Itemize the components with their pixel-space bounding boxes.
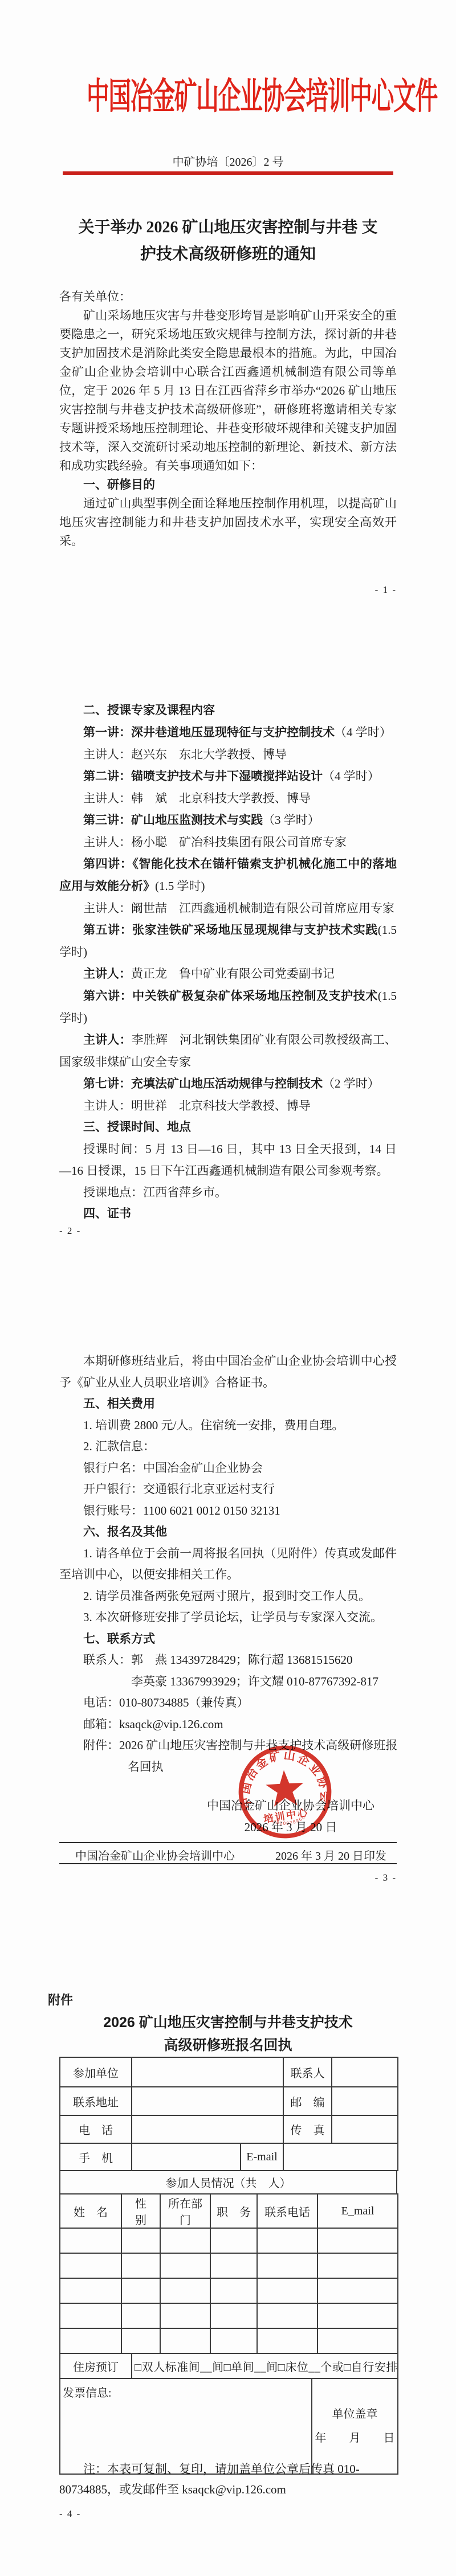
bank-account: 银行账号：1100 6021 0012 0150 32131 bbox=[59, 1500, 397, 1522]
seal-star-icon bbox=[265, 1769, 304, 1807]
attachment-title: 2026 矿山地压灾害控制与井巷支护技术 高级研修班报名回执 bbox=[0, 2011, 456, 2057]
bank-name: 银行户名：中国冶金矿山企业协会 bbox=[59, 1458, 397, 1479]
table-row: 联系地址 邮 编 bbox=[60, 2087, 398, 2115]
footer-print-date: 2026 年 3 月 20 日印发 bbox=[275, 1847, 397, 1863]
signup-item-1: 1. 请各单位于会前一周将报名回执（见附件）传真或发邮件至培训中心，以便安排相关… bbox=[59, 1543, 397, 1586]
personnel-section-header: 参加人员情况（共 人） bbox=[60, 2171, 397, 2194]
stamp-label: 单位盖章 bbox=[315, 2402, 395, 2426]
field-value-zip bbox=[332, 2087, 398, 2115]
lecture-speaker: 主讲人：杨小聪 矿冶科技集团有限公司首席专家 bbox=[59, 831, 397, 853]
col-header-department: 所在部门 bbox=[160, 2194, 210, 2228]
lecture-title: 第五讲：张家洼铁矿采场地压显现规律与支护技术实践(1.5 学时) bbox=[59, 919, 397, 963]
letterhead-title: 中国冶金矿山企业协会培训中心文件 bbox=[87, 67, 369, 120]
lecture-title: 第三讲：矿山地压监测技术与实践（3 学时） bbox=[59, 809, 397, 831]
page1-body: 各有关单位： 矿山采场地压灾害与井巷变形垮冒是影响矿山开采安全的重要隐患之一，研… bbox=[59, 288, 397, 551]
remit-item: 2. 汇款信息： bbox=[59, 1436, 397, 1458]
table-row: 电 话 传 真 bbox=[60, 2115, 398, 2143]
section1-body: 通过矿山典型事例全面诠释地压控制作用机理，以提高矿山地压灾害控制能力和井巷支护加… bbox=[59, 494, 397, 551]
lecture-num: 第五讲： bbox=[83, 924, 132, 937]
contact-line-1: 联系人：郭 燕 13439728429；陈行超 13681515620 bbox=[59, 1650, 397, 1671]
form-personnel-header: 参加人员情况（共 人） bbox=[59, 2170, 397, 2194]
lecture-speaker: 主讲人：黄正龙 鲁中矿业有限公司党委副书记 bbox=[59, 963, 397, 985]
lecture-num: 第六讲： bbox=[83, 990, 132, 1003]
lecture-title: 第二讲：锚喷支护技术与井下湿喷搅拌站设计（4 学时） bbox=[59, 765, 397, 787]
table-row: 住房预订 □双人标准间__间□单间__间□床位__个或□自行安排 bbox=[60, 2353, 398, 2378]
field-label-address: 联系地址 bbox=[60, 2087, 132, 2115]
stamp-date: 年 月 日 bbox=[315, 2426, 395, 2450]
table-row bbox=[60, 2278, 398, 2303]
section5-heading: 五、相关费用 bbox=[59, 1393, 397, 1415]
table-row bbox=[60, 2303, 398, 2328]
page-number-3: - 3 - bbox=[59, 1872, 397, 1884]
fee-item: 1. 培训费 2800 元/人。住宿统一安排，费用自理。 bbox=[59, 1415, 397, 1437]
field-label-phone: 电 话 bbox=[60, 2115, 132, 2143]
section6-heading: 六、报名及其他 bbox=[59, 1521, 397, 1543]
field-value-phone bbox=[132, 2115, 283, 2143]
form-contact-table: 参加单位 联系人 联系地址 邮 编 电 话 传 真 bbox=[59, 2057, 398, 2144]
field-label-fax: 传 真 bbox=[283, 2115, 332, 2143]
col-header-position: 职 务 bbox=[210, 2194, 257, 2228]
lecture-speaker: 主讲人：赵兴东 东北大学教授、博导 bbox=[59, 744, 397, 765]
lecture-num: 第四讲： bbox=[83, 858, 132, 871]
document-number: 中矿协培〔2026〕2 号 bbox=[0, 153, 456, 169]
form-mobile-table: 手 机 E-mail bbox=[59, 2143, 398, 2171]
table-row bbox=[60, 2328, 398, 2353]
footer-rule-bottom bbox=[59, 1863, 397, 1864]
field-label-unit: 参加单位 bbox=[60, 2057, 132, 2087]
phone-line: 电话：010-80734885（兼传真） bbox=[59, 1692, 397, 1714]
lecture-num: 第三讲： bbox=[83, 814, 131, 827]
page-number-4: - 4 - bbox=[59, 2508, 397, 2520]
section3-place: 授课地点：江西省萍乡市。 bbox=[59, 1182, 397, 1203]
seal-graphic: 中国冶金矿山企业协会 培训中心 110510028960 bbox=[233, 1740, 337, 1844]
contact-line-2: 李英豪 13367993929；许文耀 010-87767392-817 bbox=[59, 1671, 397, 1693]
field-value-email bbox=[283, 2143, 398, 2171]
section3-heading: 三、授课时间、地点 bbox=[59, 1117, 397, 1138]
col-header-name: 姓 名 bbox=[60, 2194, 121, 2228]
field-label-email: E-mail bbox=[241, 2143, 283, 2171]
page2-body: 二、授课专家及课程内容 第一讲：深井巷道地压显现特征与支护控制技术（4 学时） … bbox=[59, 700, 397, 1225]
lecture-speaker: 主讲人：明世祥 北京科技大学教授、博导 bbox=[59, 1095, 397, 1117]
form-personnel-table: 姓 名 性 别 所在部门 职 务 联系电话 E_mail bbox=[59, 2193, 398, 2354]
section4-body: 本期研修班结业后，将由中国冶金矿山企业协会培训中心授予《矿业从业人员职业培训》合… bbox=[59, 1351, 397, 1393]
col-header-phone: 联系电话 bbox=[257, 2194, 317, 2228]
lecture-title: 第一讲：深井巷道地压显现特征与支护控制技术（4 学时） bbox=[59, 721, 397, 744]
signup-item-2: 2. 请学员准备两张免冠两寸照片，报到时交工作人员。 bbox=[59, 1586, 397, 1607]
salutation: 各有关单位： bbox=[59, 288, 397, 306]
rooming-label: 住房预订 bbox=[60, 2353, 132, 2378]
lecture-title: 第六讲：中关铁矿极复杂矿体采场地压控制及支护技术(1.5 学时) bbox=[59, 985, 397, 1029]
table-row: 参加单位 联系人 bbox=[60, 2057, 398, 2087]
section2-heading: 二、授课专家及课程内容 bbox=[59, 700, 397, 721]
signup-item-3: 3. 本次研修班安排了学员论坛，让学员与专家深入交流。 bbox=[59, 1607, 397, 1629]
registration-form-table: 参加单位 联系人 联系地址 邮 编 电 话 传 真 手 机 bbox=[59, 2057, 397, 2475]
field-value-contact bbox=[332, 2057, 398, 2087]
form-note: 注：本表可复制、复印，请加盖单位公章后传真 010-80734885，或发邮件至… bbox=[59, 2459, 397, 2500]
footer-row: 中国冶金矿山企业协会培训中心 2026 年 3 月 20 日印发 bbox=[59, 1847, 397, 1863]
letterhead-red-rule bbox=[63, 171, 393, 175]
attachment-ref-line-2: 名回执 bbox=[59, 1757, 397, 1778]
rooming-options: □双人标准间__间□单间__间□床位__个或□自行安排 bbox=[132, 2353, 398, 2378]
lecture-speaker: 主讲人：阚世喆 江西鑫通机械制造有限公司首席应用专家 bbox=[59, 897, 397, 919]
footer-org: 中国冶金矿山企业协会培训中心 bbox=[59, 1847, 235, 1863]
table-row: 参加人员情况（共 人） bbox=[60, 2171, 397, 2194]
lecture-title: 第四讲：《智能化技术在锚杆锚索支护机械化施工中的落地应用与效能分析》(1.5 学… bbox=[59, 853, 397, 897]
attachment-ref-line-1: 附件：2026 矿山地压灾害控制与井巷支护技术高级研修班报 bbox=[59, 1735, 397, 1757]
col-header-gender: 性 别 bbox=[121, 2194, 160, 2228]
scanned-official-document: 中国冶金矿山企业协会培训中心文件 中矿协培〔2026〕2 号 关于举办 2026… bbox=[0, 0, 456, 2576]
lecture-speaker: 主讲人：韩 斌 北京科技大学教授、博导 bbox=[59, 787, 397, 809]
page-number-1: - 1 - bbox=[59, 584, 397, 596]
field-value-fax bbox=[332, 2115, 398, 2143]
footer-rule-top bbox=[59, 1842, 397, 1843]
table-row bbox=[60, 2228, 398, 2253]
page3-body: 本期研修班结业后，将由中国冶金矿山企业协会培训中心授予《矿业从业人员职业培训》合… bbox=[59, 1351, 397, 1778]
section3-time: 授课时间：5 月 13 日—16 日，其中 13 日全天报到，14 日—16 日… bbox=[59, 1138, 397, 1182]
email-line: 邮箱：ksaqck@vip.126.com bbox=[59, 1714, 397, 1736]
field-label-mobile: 手 机 bbox=[60, 2143, 132, 2171]
lecture-speaker: 主讲人：李胜辉 河北钢铁集团矿业有限公司教授级高工、国家级非煤矿山安全专家 bbox=[59, 1029, 397, 1073]
section7-heading: 七、联系方式 bbox=[59, 1629, 397, 1650]
field-value-unit bbox=[132, 2057, 283, 2087]
lecture-title: 第七讲：充填法矿山地压活动规律与控制技术（2 学时） bbox=[59, 1073, 397, 1095]
form-rooming-table: 住房预订 □双人标准间__间□单间__间□床位__个或□自行安排 bbox=[59, 2353, 398, 2379]
field-label-contact: 联系人 bbox=[283, 2057, 332, 2087]
attachment-label: 附件 bbox=[48, 1991, 73, 2008]
lecture-num: 第二讲： bbox=[83, 770, 131, 783]
official-seal: 中国冶金矿山企业协会 培训中心 110510028960 bbox=[233, 1740, 337, 1844]
field-value-address bbox=[132, 2087, 283, 2115]
table-row: 手 机 E-mail bbox=[60, 2143, 398, 2171]
intro-paragraph: 矿山采场地压灾害与井巷变形垮冒是影响矿山开采安全的重要隐患之一，研究采场地压致灾… bbox=[59, 306, 397, 475]
field-value-mobile bbox=[132, 2143, 241, 2171]
lecture-num: 第七讲： bbox=[83, 1077, 131, 1090]
bank-branch: 开户银行：交通银行北京亚运村支行 bbox=[59, 1479, 397, 1500]
table-header-row: 姓 名 性 别 所在部门 职 务 联系电话 E_mail bbox=[60, 2194, 398, 2228]
lecture-num: 第一讲： bbox=[83, 726, 131, 739]
field-label-zip: 邮 编 bbox=[283, 2087, 332, 2115]
section1-heading: 一、研修目的 bbox=[59, 475, 397, 494]
section4-heading: 四、证书 bbox=[59, 1203, 397, 1225]
document-title: 关于举办 2026 矿山地压灾害控制与井巷 支护技术高级研修班的通知 bbox=[74, 214, 382, 268]
page-number-2: - 2 - bbox=[59, 1225, 397, 1237]
table-row bbox=[60, 2253, 398, 2278]
col-header-email: E_mail bbox=[317, 2194, 398, 2228]
